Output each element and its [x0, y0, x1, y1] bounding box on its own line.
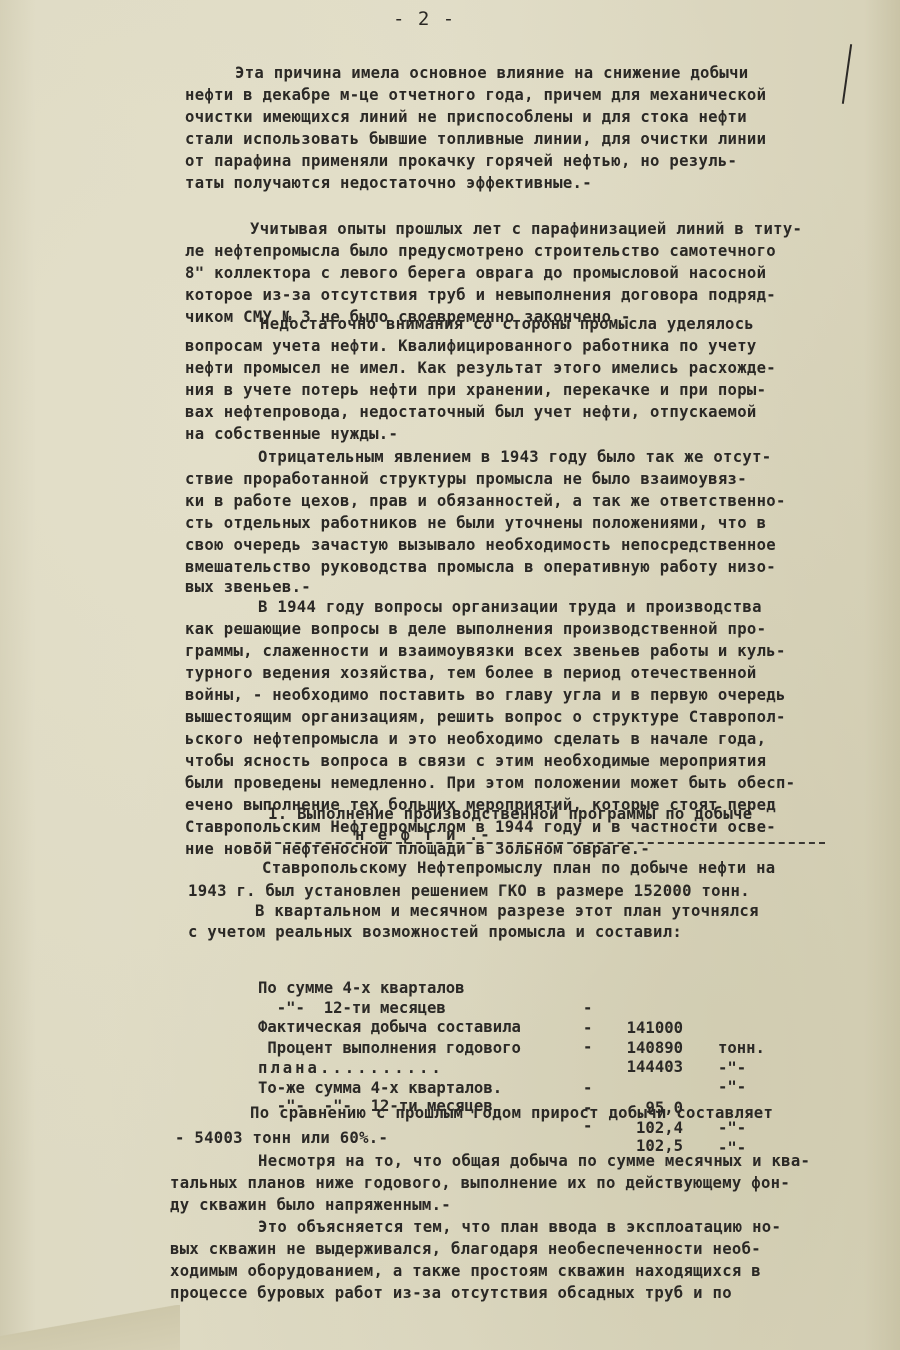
row-unit: -"-: [718, 1077, 746, 1097]
folded-corner: [0, 1305, 180, 1350]
text-line: граммы, слаженности и взаимоувязки всех …: [185, 640, 786, 662]
text-line: 8" коллектора с левого берега оврага до …: [185, 262, 766, 284]
text-line: таты получаются недостаточно эффективные…: [185, 172, 592, 194]
text-line: сть отдельных работников не были уточнен…: [185, 512, 766, 534]
section-heading-title: 1. Выполнение производственной программы…: [268, 803, 752, 825]
text-line: стали использовать бывшие топливные лини…: [185, 128, 766, 150]
text-line: 1943 г. был установлен решением ГКО в ра…: [188, 880, 750, 902]
text-line: с учетом реальных возможностей промысла …: [188, 921, 682, 943]
text-line: ле нефтепромысла было предусмотрено стро…: [185, 240, 776, 262]
text-line: турного ведения хозяйства, тем более в п…: [185, 662, 757, 684]
text-line: Отрицательным явлением в 1943 году было …: [258, 446, 771, 468]
text-line: нефти промысел не имел. Как результат эт…: [185, 357, 776, 379]
text-line: свою очередь зачастую вызывало необходим…: [185, 534, 776, 556]
text-line: были проведены немедленно. При этом поло…: [185, 772, 795, 794]
text-line: ходимым оборудованием, а также простоям …: [170, 1260, 761, 1282]
text-line: В 1944 году вопросы организации труда и …: [258, 596, 762, 618]
text-line: вых звеньев.-: [185, 576, 311, 598]
text-line: вых скважин не выдерживался, благодаря н…: [170, 1238, 761, 1260]
row-unit: тонн.: [718, 1038, 765, 1058]
text-line: на собственные нужды.-: [185, 423, 398, 445]
heading-underline: [255, 842, 825, 844]
text-line: ки в работе цехов, прав и обязанностей, …: [185, 490, 786, 512]
text-line: Учитывая опыты прошлых лет с парафинизац…: [250, 218, 802, 240]
text-line: процессе буровых работ из-за отсутствия …: [170, 1282, 732, 1304]
text-line: Эта причина имела основное влияние на сн…: [235, 62, 748, 84]
text-line: ствие проработанной структуры промысла н…: [185, 468, 747, 490]
text-line: ду скважин было напряженным.-: [170, 1194, 451, 1216]
text-line: ьского нефтепромысла и это необходимо сд…: [185, 728, 766, 750]
text-line: вышестоящим организациям, решить вопрос …: [185, 706, 786, 728]
text-line: Несмотря на то, что общая добыча по сумм…: [258, 1150, 810, 1172]
text-line: как решающие вопросы в деле выполнения п…: [185, 618, 766, 640]
text-line: вах нефтепровода, недостаточный был учет…: [185, 401, 757, 423]
text-line: По сравнению с прошлым годом прирост доб…: [250, 1102, 773, 1124]
text-line: которое из-за отсутствия труб и невыполн…: [185, 284, 776, 306]
page-number: - 2 -: [393, 8, 455, 30]
text-line: очистки имеющихся линий не приспособлены…: [185, 106, 747, 128]
text-line: - 54003 тонн или 60%.-: [175, 1127, 388, 1149]
text-line: чтобы ясность вопроса в связи с этим нео…: [185, 750, 766, 772]
text-line: Это объясняется тем, что план ввода в эк…: [258, 1216, 781, 1238]
text-line: вмешательство руководства промысла в опе…: [185, 556, 776, 578]
text-line: войны, - необходимо поставить во главу у…: [185, 684, 786, 706]
text-line: от парафина применяли прокачку горячей н…: [185, 150, 737, 172]
text-line: вопросам учета нефти. Квалифицированного…: [185, 335, 757, 357]
text-line: ния в учете потерь нефти при хранении, п…: [185, 379, 766, 401]
margin-pencil-mark: [842, 44, 852, 104]
row-unit: -"-: [718, 1058, 746, 1078]
text-line: нефти в декабре м-це отчетного года, при…: [185, 84, 766, 106]
text-line: Недостаточно внимания со стороны промысл…: [260, 313, 754, 335]
text-line: В квартальном и месячном разрезе этот пл…: [255, 900, 759, 922]
text-line: тальных планов ниже годового, выполнение…: [170, 1172, 790, 1194]
text-line: Ставропольскому Нефтепромыслу план по до…: [262, 857, 775, 879]
